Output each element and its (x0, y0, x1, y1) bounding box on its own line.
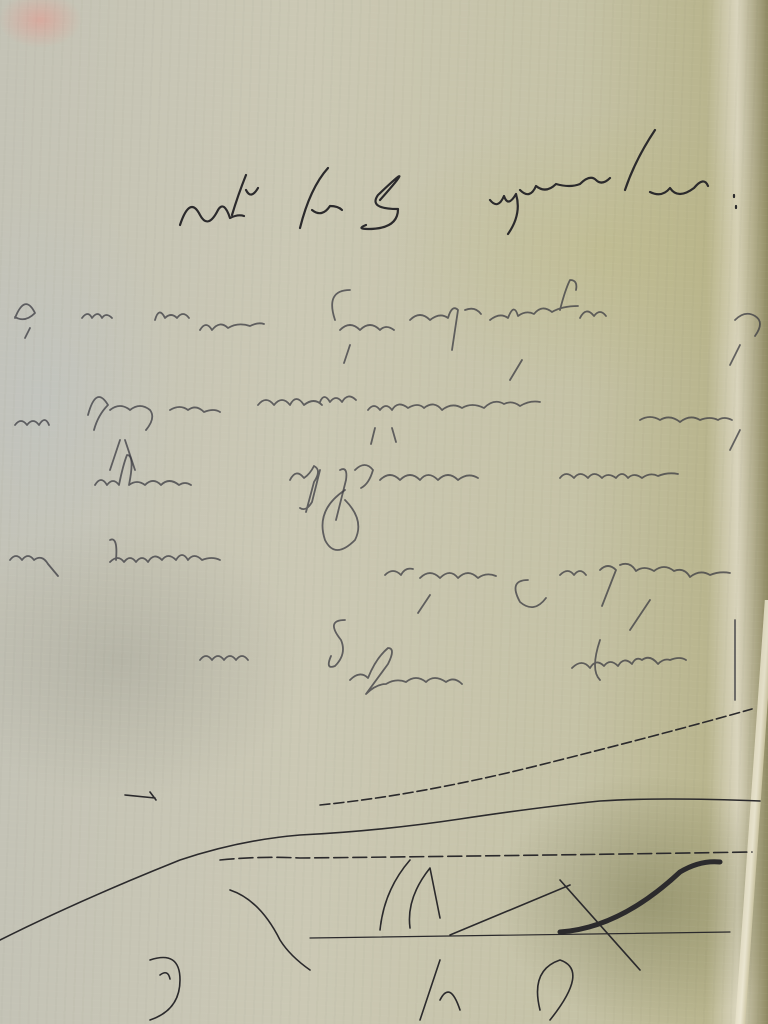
sketch-lines (0, 0, 768, 1024)
weathered-surface-photo: Weathered surface bearing faded handwrit… (0, 0, 768, 1024)
